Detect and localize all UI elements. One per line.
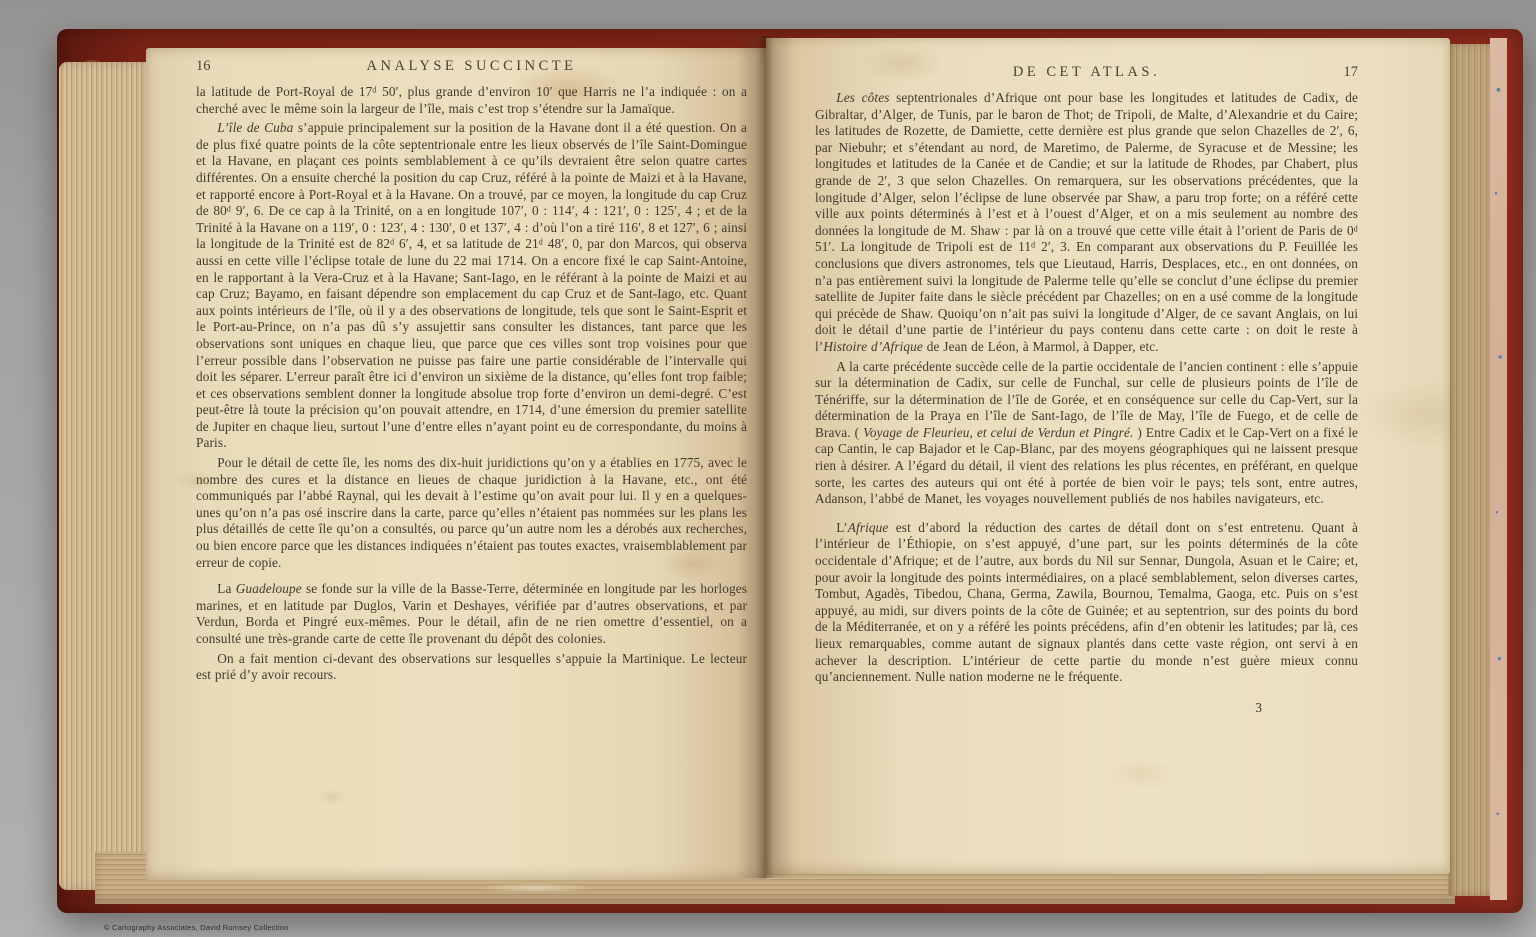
paragraph: la latitude de Port-Royal de 17ᵈ 50′, pl… <box>196 84 747 117</box>
right-page-body: Les côtes septentrionales d’Afrique ont … <box>815 90 1358 716</box>
marbled-endpaper <box>1490 38 1507 900</box>
page-number: 16 <box>196 58 211 75</box>
left-page-text: 16 ANALYSE SUCCINCTE la latitude de Port… <box>196 58 747 684</box>
paragraph: Pour le détail de cette île, les noms de… <box>196 455 747 571</box>
running-title: ANALYSE SUCCINCTE <box>367 58 577 75</box>
book-spread-photo: 16 ANALYSE SUCCINCTE la latitude de Port… <box>0 0 1536 937</box>
left-page-header: 16 ANALYSE SUCCINCTE <box>196 58 747 75</box>
running-title: DE CET ATLAS. <box>1013 64 1160 81</box>
right-page-header: DE CET ATLAS. 17 <box>815 64 1358 81</box>
copyright-notice: © Cartography Associates, David Rumsey C… <box>104 923 289 932</box>
left-page-body: la latitude de Port-Royal de 17ᵈ 50′, pl… <box>196 84 747 684</box>
page-edges-right <box>1448 44 1494 896</box>
paragraph: L’Afrique est d’abord la réduction des c… <box>815 520 1358 686</box>
signature-mark: 3 <box>815 700 1358 716</box>
paragraph: On a fait mention ci-devant des observat… <box>196 651 747 684</box>
paragraph: La Guadeloupe se fonde sur la ville de l… <box>196 581 747 647</box>
paragraph: A la carte précédente succède celle de l… <box>815 359 1358 508</box>
page-number: 17 <box>1344 64 1359 81</box>
page-edges-left <box>59 62 155 890</box>
paragraph: Les côtes septentrionales d’Afrique ont … <box>815 90 1358 356</box>
paragraph: L’île de Cuba s’appuie principalement su… <box>196 120 747 452</box>
right-page-text: DE CET ATLAS. 17 Les côtes septentrional… <box>815 64 1358 716</box>
